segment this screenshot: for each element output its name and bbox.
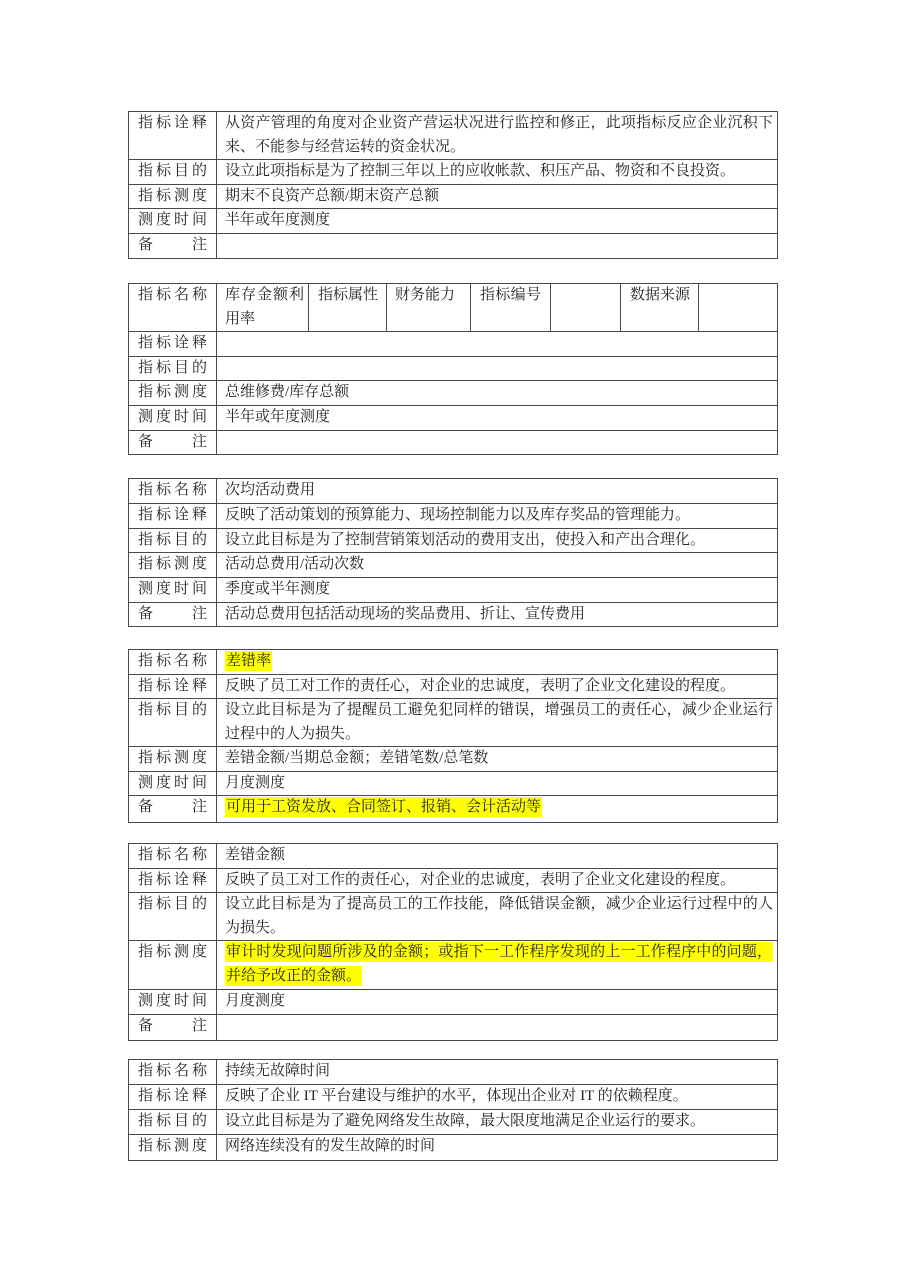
field-value-cell [217,233,778,258]
field-value-cell: 设立此目标是为了提高员工的工作技能，降低错误金额，减少企业运行过程中的人为损失。 [217,893,778,941]
field-label-cell: 备注 [129,430,217,455]
indicator-name-text: 次均活动费用 [225,482,315,498]
field-label-cell: 测度时间 [129,990,217,1015]
field-value-text: 半年或年度测度 [225,212,330,228]
field-label-cell: 指标名称 [129,479,217,504]
field-value-cell [217,1014,778,1040]
table-row: 指标目的 设立此目标是为了提醒员工避免犯同样的错误，增强员工的责任心，减少企业运… [129,699,778,747]
field-label-cell: 指标诠释 [129,674,217,699]
field-value-text: 总维修费/库存总额 [225,384,349,400]
document-page: { "colors": { "page_bg": "#ffffff", "tab… [0,0,904,1280]
field-label-cell: 指标诠释 [129,112,217,160]
attribute-value-text: 财务能力 [395,287,455,303]
field-label-cell: 指标目的 [129,160,217,185]
field-label-cell: 指标诠释 [129,868,217,893]
field-value-cell: 网络连续没有的发生故障的时间 [217,1134,778,1160]
field-value-cell: 次均活动费用 [217,479,778,504]
field-label-cell: 指标目的 [129,1109,217,1134]
header-name-value-cell: 库存金额利用率 [217,284,309,332]
header-attribute-label-cell: 指标属性 [309,284,387,332]
field-value-cell: 设立此目标是为了提醒员工避免犯同样的错误，增强员工的责任心，减少企业运行过程中的… [217,699,778,747]
field-value-cell: 设立此目标是为了避免网络发生故障，最大限度地满足企业运行的要求。 [217,1109,778,1134]
field-value-cell: 差错金额 [217,844,778,869]
table-row: 指标目的 设立此目标是为了提高员工的工作技能，降低错误金额，减少企业运行过程中的… [129,893,778,941]
field-value-text: 反映了员工对工作的责任心，对企业的忠诚度，表明了企业文化建设的程度。 [225,872,735,888]
field-value-cell: 反映了员工对工作的责任心，对企业的忠诚度，表明了企业文化建设的程度。 [217,674,778,699]
indicator-name-text: 库存金额利用率 [225,287,304,327]
field-value-text: 期末不良资产总额/期末资产总额 [225,188,439,204]
field-value-cell: 持续无故障时间 [217,1060,778,1085]
table-row: 备注 可用于工资发放、合同签订、报销、会计活动等 [129,796,778,823]
field-label-cell: 备注 [129,796,217,823]
field-value-text: 从资产管理的角度对企业资产营运状况进行监控和修正，此项指标反应企业沉积下来、不能… [225,115,773,155]
field-label-cell: 指标测度 [129,747,217,772]
table-row: 指标测度 网络连续没有的发生故障的时间 [129,1134,778,1160]
field-value-text: 可用于工资发放、合同签订、报销、会计活动等 [225,797,542,817]
field-label-cell: 备注 [129,602,217,627]
field-label-cell: 指标测度 [129,184,217,209]
field-value-text: 反映了企业 IT 平台建设与维护的水平，体现出企业对 IT 的依赖程度。 [225,1088,688,1104]
field-value-cell: 月度测度 [217,990,778,1015]
field-label-cell: 指标测度 [129,941,217,990]
field-value-text: 差错金额/当期总金额；差错笔数/总笔数 [225,750,488,766]
field-value-text: 季度或半年测度 [225,581,330,597]
field-value-cell [217,430,778,455]
table-row: 指标目的 设立此目标是为了避免网络发生故障，最大限度地满足企业运行的要求。 [129,1109,778,1134]
kpi-table-error-amount: 指标名称 差错金额 指标诠释 反映了员工对工作的责任心，对企业的忠诚度，表明了企… [128,843,778,1041]
table-row: 指标诠释 反映了员工对工作的责任心，对企业的忠诚度，表明了企业文化建设的程度。 [129,674,778,699]
header-source-value-cell [699,284,778,332]
field-label-cell: 测度时间 [129,577,217,602]
field-value-text: 设立此目标是为了提醒员工避免犯同样的错误，增强员工的责任心，减少企业运行过程中的… [225,702,773,742]
field-label-cell: 指标测度 [129,1134,217,1160]
table-row: 测度时间 半年或年度测度 [129,406,778,431]
field-value-text: 反映了员工对工作的责任心，对企业的忠诚度，表明了企业文化建设的程度。 [225,678,735,694]
header-code-value-cell [551,284,621,332]
field-value-text: 设立此目标是为了提高员工的工作技能，降低错误金额，减少企业运行过程中的人为损失。 [225,896,773,936]
table-row: 测度时间 季度或半年测度 [129,577,778,602]
field-label-cell: 指标名称 [129,650,217,675]
field-label-cell: 指标诠释 [129,332,217,357]
field-value-cell: 设立此目标是为了控制营销策划活动的费用支出，使投入和产出合理化。 [217,528,778,553]
indicator-name-text: 差错金额 [225,847,285,863]
field-label-cell: 指标测度 [129,381,217,406]
field-value-cell [217,332,778,357]
field-value-cell: 反映了企业 IT 平台建设与维护的水平，体现出企业对 IT 的依赖程度。 [217,1084,778,1109]
table-row: 指标诠释 反映了企业 IT 平台建设与维护的水平，体现出企业对 IT 的依赖程度… [129,1084,778,1109]
table-row: 指标测度 差错金额/当期总金额；差错笔数/总笔数 [129,747,778,772]
field-label-cell: 指标目的 [129,699,217,747]
table-row: 指标目的 [129,356,778,381]
table-row: 指标名称 差错率 [129,650,778,675]
field-value-cell: 活动总费用/活动次数 [217,553,778,578]
header-source-label-cell: 数据来源 [621,284,699,332]
field-value-cell: 季度或半年测度 [217,577,778,602]
table-row: 指标目的 设立此项指标是为了控制三年以上的应收帐款、积压产品、物资和不良投资。 [129,160,778,185]
field-value-cell: 半年或年度测度 [217,406,778,431]
table-row: 指标名称 持续无故障时间 [129,1060,778,1085]
table-row: 指标诠释 反映了活动策划的预算能力、现场控制能力以及库存奖品的管理能力。 [129,504,778,529]
table-row: 测度时间 月度测度 [129,990,778,1015]
kpi-table-inventory-utilization: 指标名称 库存金额利用率 指标属性 财务能力 指标编号 数据来源 指标诠释 指标… [128,283,778,455]
field-value-cell: 从资产管理的角度对企业资产营运状况进行监控和修正，此项指标反应企业沉积下来、不能… [217,112,778,160]
field-label-cell: 指标诠释 [129,504,217,529]
field-label-cell: 指标测度 [129,553,217,578]
table-row: 备注 [129,233,778,258]
field-label-cell: 指标目的 [129,356,217,381]
table-row: 指标名称 次均活动费用 [129,479,778,504]
field-label-cell: 测度时间 [129,209,217,234]
field-value-cell: 差错率 [217,650,778,675]
table-row: 备注 [129,430,778,455]
field-value-text: 月度测度 [225,775,285,791]
field-value-cell: 总维修费/库存总额 [217,381,778,406]
field-label-cell: 指标名称 [129,1060,217,1085]
field-value-text: 设立此目标是为了控制营销策划活动的费用支出，使投入和产出合理化。 [225,532,705,548]
kpi-table-continuation: 指标诠释 从资产管理的角度对企业资产营运状况进行监控和修正，此项指标反应企业沉积… [128,111,778,259]
table-row: 备注 活动总费用包括活动现场的奖品费用、折让、宣传费用 [129,602,778,627]
field-label-cell: 指标名称 [129,844,217,869]
field-label-cell: 测度时间 [129,406,217,431]
field-value-cell: 期末不良资产总额/期末资产总额 [217,184,778,209]
table-row: 指标测度 活动总费用/活动次数 [129,553,778,578]
field-value-text: 活动总费用包括活动现场的奖品费用、折让、宣传费用 [225,606,585,622]
field-value-text: 审计时发现问题所涉及的金额；或指下一工作程序发现的上一工作程序中的问题，并给予改… [225,942,773,986]
field-value-text: 设立此目标是为了避免网络发生故障，最大限度地满足企业运行的要求。 [225,1113,705,1129]
field-value-cell [217,356,778,381]
table-row: 指标诠释 从资产管理的角度对企业资产营运状况进行监控和修正，此项指标反应企业沉积… [129,112,778,160]
indicator-name-text: 差错率 [225,651,272,671]
field-value-cell: 可用于工资发放、合同签订、报销、会计活动等 [217,796,778,823]
field-label-cell: 指标目的 [129,893,217,941]
field-value-cell: 审计时发现问题所涉及的金额；或指下一工作程序发现的上一工作程序中的问题，并给予改… [217,941,778,990]
table-row: 指标测度 期末不良资产总额/期末资产总额 [129,184,778,209]
field-value-cell: 半年或年度测度 [217,209,778,234]
indicator-name-text: 持续无故障时间 [225,1063,330,1079]
table-row: 测度时间 月度测度 [129,771,778,796]
field-label-cell: 指标诠释 [129,1084,217,1109]
field-value-cell: 活动总费用包括活动现场的奖品费用、折让、宣传费用 [217,602,778,627]
field-value-cell: 反映了活动策划的预算能力、现场控制能力以及库存奖品的管理能力。 [217,504,778,529]
kpi-table-avg-activity-cost: 指标名称 次均活动费用 指标诠释 反映了活动策划的预算能力、现场控制能力以及库存… [128,478,778,627]
field-value-text: 设立此项指标是为了控制三年以上的应收帐款、积压产品、物资和不良投资。 [225,163,735,179]
field-label-cell: 指标目的 [129,528,217,553]
table-row: 指标诠释 反映了员工对工作的责任心，对企业的忠诚度，表明了企业文化建设的程度。 [129,868,778,893]
table-row: 指标名称 差错金额 [129,844,778,869]
field-value-text: 月度测度 [225,993,285,1009]
field-value-cell: 设立此项指标是为了控制三年以上的应收帐款、积压产品、物资和不良投资。 [217,160,778,185]
field-value-text: 活动总费用/活动次数 [225,556,364,572]
kpi-table-uptime: 指标名称 持续无故障时间 指标诠释 反映了企业 IT 平台建设与维护的水平，体现… [128,1059,778,1161]
kpi-table-error-rate: 指标名称 差错率 指标诠释 反映了员工对工作的责任心，对企业的忠诚度，表明了企业… [128,649,778,823]
table-row: 指标诠释 [129,332,778,357]
field-label-cell: 备注 [129,233,217,258]
table-row: 备注 [129,1014,778,1040]
table-row: 指标测度 审计时发现问题所涉及的金额；或指下一工作程序发现的上一工作程序中的问题… [129,941,778,990]
field-value-text: 网络连续没有的发生故障的时间 [225,1138,435,1154]
field-label-cell: 备注 [129,1014,217,1040]
field-label-cell: 测度时间 [129,771,217,796]
field-value-text: 半年或年度测度 [225,409,330,425]
header-attribute-value-cell: 财务能力 [387,284,471,332]
table-row: 指标目的 设立此目标是为了控制营销策划活动的费用支出，使投入和产出合理化。 [129,528,778,553]
table-header-row: 指标名称 库存金额利用率 指标属性 财务能力 指标编号 数据来源 [129,284,778,332]
header-name-label-cell: 指标名称 [129,284,217,332]
field-value-cell: 反映了员工对工作的责任心，对企业的忠诚度，表明了企业文化建设的程度。 [217,868,778,893]
field-value-cell: 月度测度 [217,771,778,796]
field-value-cell: 差错金额/当期总金额；差错笔数/总笔数 [217,747,778,772]
field-value-text: 反映了活动策划的预算能力、现场控制能力以及库存奖品的管理能力。 [225,507,690,523]
table-row: 指标测度 总维修费/库存总额 [129,381,778,406]
header-code-label-cell: 指标编号 [471,284,551,332]
table-row: 测度时间 半年或年度测度 [129,209,778,234]
